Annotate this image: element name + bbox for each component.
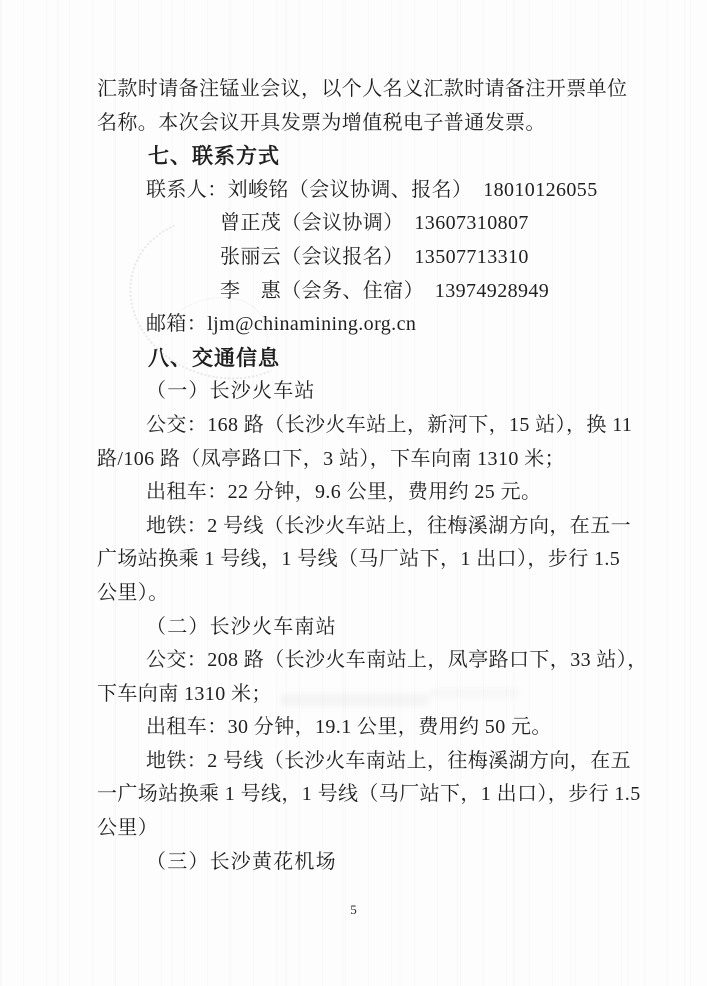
text-line: 联系人：刘峻铭（会议协调、报名） 18010126055 <box>146 174 697 208</box>
page-number: 5 <box>0 902 707 918</box>
section-heading: 八、交通信息 <box>148 342 697 376</box>
text-line: 一广场站换乘 1 号线，1 号线（马厂站下，1 出口），步行 1.5 <box>97 778 697 812</box>
contact-line: 张丽云（会议报名） 13507713310 <box>220 241 697 275</box>
text-line: 路/106 路（凤亭路口下，3 站），下车向南 1310 米； <box>97 443 697 477</box>
text-line: 名称。本次会议开具发票为增值税电子普通发票。 <box>97 107 697 141</box>
scanned-document-page: { "colors": { "paper": "#fdfdfd", "ink":… <box>0 0 707 986</box>
text-line: 地铁：2 号线（长沙火车南站上，往梅溪湖方向，在五 <box>146 745 697 779</box>
text-line: 邮箱：ljm@chinamining.org.cn <box>146 308 697 342</box>
text-line: 公里） <box>97 812 697 846</box>
text-line: 公里）。 <box>97 577 697 611</box>
subsection-heading: （三）长沙黄花机场 <box>146 846 697 880</box>
contact-line: 李 惠（会务、住宿） 13974928949 <box>220 275 697 309</box>
text-line: 地铁：2 号线（长沙火车站上，往梅溪湖方向，在五一 <box>146 510 697 544</box>
text-line: 广场站换乘 1 号线，1 号线（马厂站下，1 出口），步行 1.5 <box>97 543 697 577</box>
contact-line: 曾正茂（会议协调） 13607310807 <box>220 207 697 241</box>
text-line: 公交：168 路（长沙火车站上，新河下，15 站），换 11 <box>146 409 697 443</box>
subsection-heading: （一）长沙火车站 <box>146 375 697 409</box>
text-line: 出租车：22 分钟，9.6 公里，费用约 25 元。 <box>146 476 697 510</box>
text-line: 出租车：30 分钟，19.1 公里，费用约 50 元。 <box>146 711 697 745</box>
subsection-heading: （二）长沙火车南站 <box>146 611 697 645</box>
document-lines: 汇款时请备注锰业会议，以个人名义汇款时请备注开票单位名称。本次会议开具发票为增值… <box>97 73 697 879</box>
section-heading: 七、联系方式 <box>148 140 697 174</box>
text-line: 下车向南 1310 米； <box>97 678 697 712</box>
text-line: 汇款时请备注锰业会议，以个人名义汇款时请备注开票单位 <box>97 73 697 107</box>
text-line: 公交：208 路（长沙火车南站上，凤亭路口下，33 站）， <box>146 644 697 678</box>
